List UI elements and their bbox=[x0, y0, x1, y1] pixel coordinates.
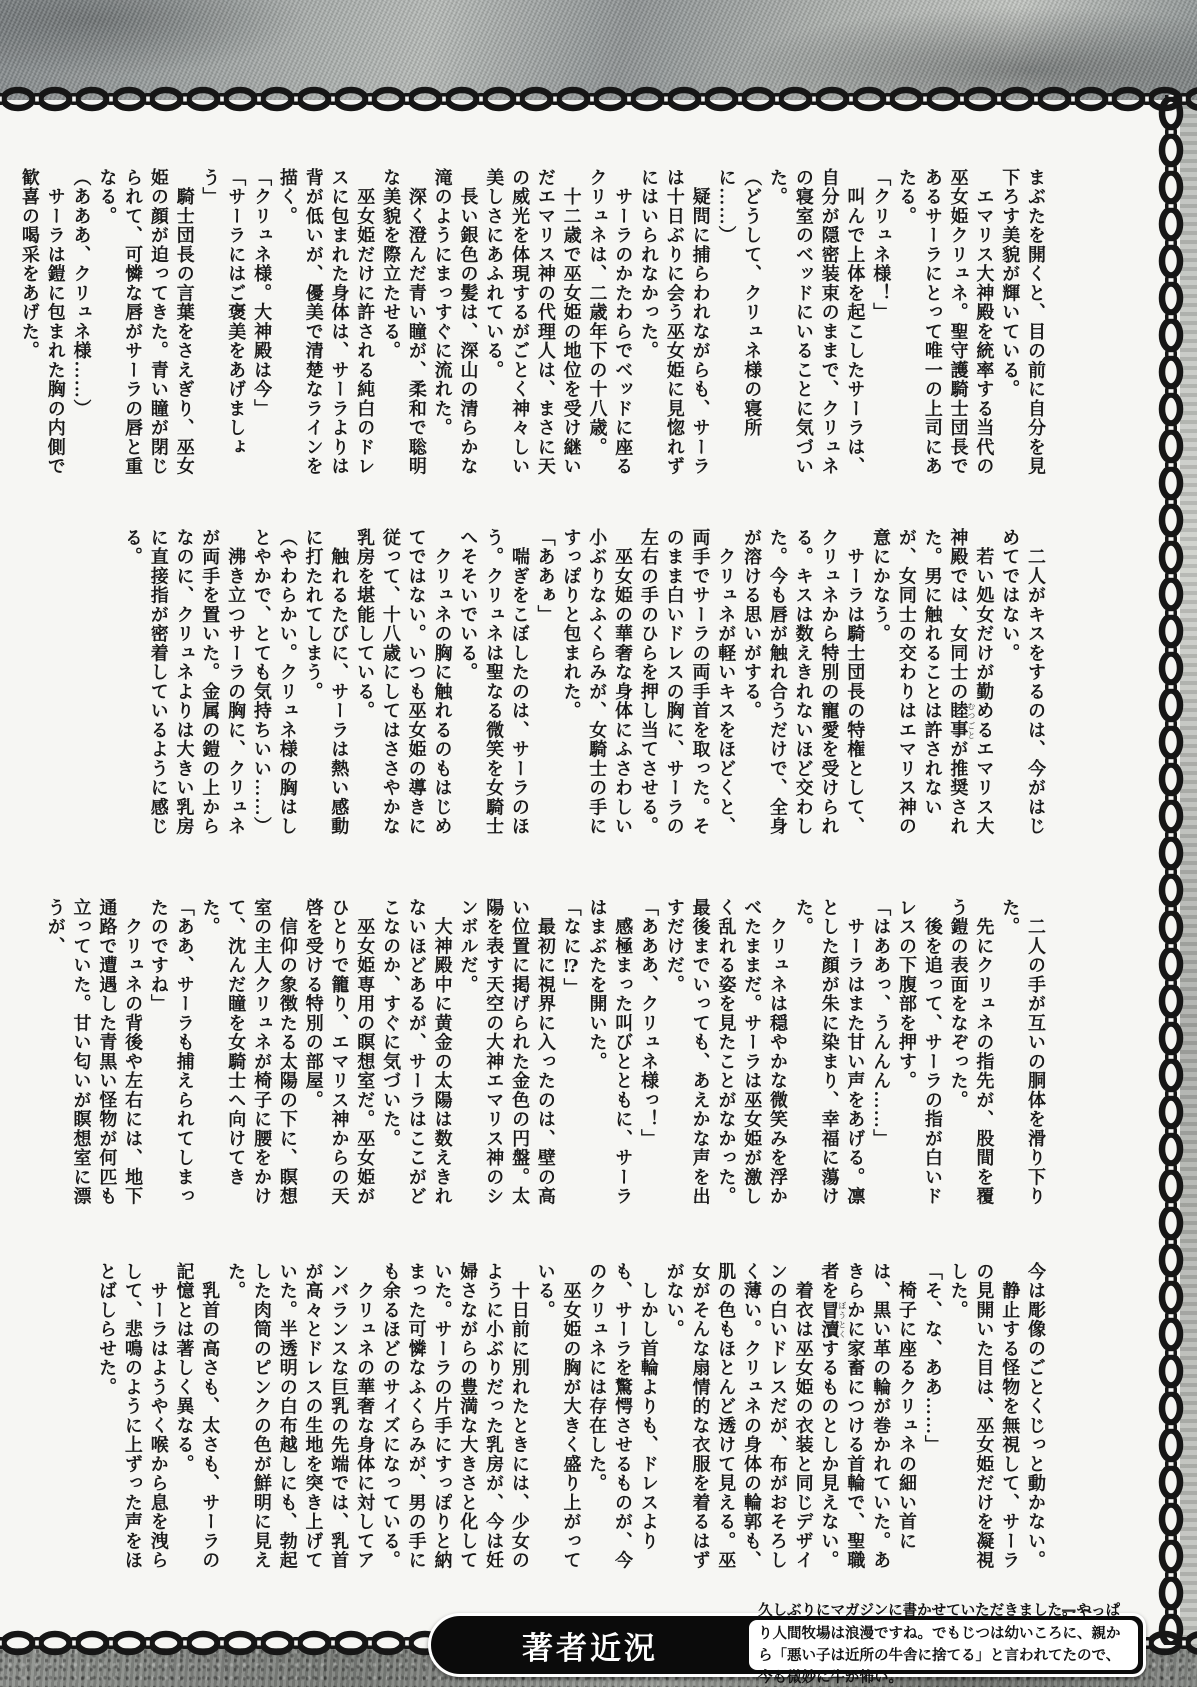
text-band-3: 二人の手が互いの胴体を滑り下りた。 先にクリュネの指先が、股間を覆う鎧の表面をな… bbox=[138, 898, 1048, 1208]
paragraph: 触れるたびに、サーラは熱い感動に打たれてしまう。 bbox=[300, 528, 352, 838]
paragraph: 「クリュネ様。大神殿は今」 bbox=[248, 168, 274, 478]
paragraph: 長い銀色の髪は、深山の清らかな滝のようにまっすぐに流れた。 bbox=[429, 168, 481, 478]
text-band-2: 二人がキスをするのは、今がはじめてではない。 若い処女だけが勤めるエマリス大神殿… bbox=[138, 528, 1048, 838]
paragraph: （どうして、クリュネ様の寝所に……） bbox=[713, 168, 765, 478]
paragraph: 着衣は巫女姫の衣装と同じデザインの白いドレスだが、布がおそろしく薄い。クリュネの… bbox=[661, 1262, 816, 1572]
paragraph: 巫女姫の華奢な身体にふさわしい小ぶりなふくらみが、女騎士の手にすっぽりと包まれた… bbox=[558, 528, 635, 838]
magazine-page: まぶたを開くと、目の前に自分を見下ろす美貌が輝いている。 エマリス大神殿を統率す… bbox=[0, 0, 1197, 1687]
paragraph: しかし首輪よりも、ドレスよりも、サーラを驚愕させるものが、今のクリュネには存在し… bbox=[583, 1262, 660, 1572]
paragraph: 信仰の象徴たる太陽の下に、瞑想室の主人クリュネが椅子に腰をかけて、沈んだ瞳を女騎… bbox=[197, 898, 300, 1208]
paragraph: 喘ぎをこぼしたのは、サーラのほう。クリュネは聖なる微笑を女騎士へそそいでいる。 bbox=[454, 528, 531, 838]
paragraph: （あああ、クリュネ様……） bbox=[68, 168, 94, 478]
author-note-text: 久しぶりにマガジンに書かせていただきました。やっぱり人間牧場は浪漫ですね。でもじ… bbox=[758, 1600, 1129, 1687]
paragraph: 「はああっ、うんんん……」 bbox=[867, 898, 893, 1208]
paragraph: 騎士団長の言葉をさえぎり、巫女姫の顔が迫ってきた。青い瞳が閉じられて、可憐な唇が… bbox=[94, 168, 197, 478]
author-note-capsule: 著者近況 久しぶりにマガジンに書かせていただきました。やっぱり人間牧場は浪漫です… bbox=[428, 1613, 1146, 1677]
paragraph: サーラはまた甘い声をあげる。凛とした顔が朱に染まり、幸福に蕩けた。 bbox=[790, 898, 867, 1208]
paragraph: 「サーラにはご褒美をあげましょう」 bbox=[197, 168, 249, 478]
paragraph: 二人の手が互いの胴体を滑り下りた。 bbox=[996, 898, 1048, 1208]
paragraph: サーラは騎士団長の特権として、クリュネから特別の寵愛を受けられる。キスは数えきれ… bbox=[738, 528, 867, 838]
paragraph: 椅子に座るクリュネの細い首には、黒い革の輪が巻かれていた。あきらかに家畜につける… bbox=[816, 1262, 919, 1572]
paragraph: 巫女姫の胸が大きく盛り上がっている。 bbox=[532, 1262, 584, 1572]
paragraph: 乳首の高さも、太さも、サーラの記憶とは著しく異なる。 bbox=[171, 1262, 223, 1572]
text-band-1: まぶたを開くと、目の前に自分を見下ろす美貌が輝いている。 エマリス大神殿を統率す… bbox=[138, 168, 1048, 478]
paragraph: クリュネが軽いキスをほどくと、両手でサーラの両手首を取った。そのまま白いドレスの… bbox=[635, 528, 738, 838]
paragraph: 疑問に捕らわれながらも、サーラは十日ぶりに会う巫女姫に見惚れずにはいられなかった… bbox=[635, 168, 712, 478]
author-note-box: 久しぶりにマガジンに書かせていただきました。やっぱり人間牧場は浪漫ですね。でもじ… bbox=[749, 1620, 1138, 1670]
paragraph: 今は彫像のごとくじっと動かない。 bbox=[1022, 1262, 1048, 1572]
paragraph: 十日前に別れたときには、少女のように小ぶりだった乳房が、今は妊婦さながらの豊満な… bbox=[377, 1262, 532, 1572]
paragraph: 巫女姫だけに許される純白のドレスに包まれた身体は、サーラよりは背が低いが、優美で… bbox=[274, 168, 377, 478]
paragraph: 沸き立つサーラの胸に、クリュネが両手を置いた。金属の鎧の上からなのに、クリュネよ… bbox=[119, 528, 248, 838]
paragraph: 二人がキスをするのは、今がはじめてではない。 bbox=[996, 528, 1048, 838]
paragraph: 最初に視界に入ったのは、壁の高い位置に掲げられた金色の円盤。太陽を表す天空の大神… bbox=[455, 898, 558, 1208]
paragraph: （やわらかい。クリュネ様の胸はしとやかで、とても気持ちいい……） bbox=[248, 528, 300, 838]
paragraph: 「あああ、クリュネ様っ！」 bbox=[635, 898, 661, 1208]
paragraph: 大神殿中に黄金の太陽は数えきれないほどあるが、サーラはここがどこなのか、すぐに気… bbox=[377, 898, 454, 1208]
paragraph: クリュネは穏やかな微笑みを浮かべたままだ。サーラは巫女姫が激しく乱れる姿を見たこ… bbox=[661, 898, 790, 1208]
paragraph: 静止する怪物を無視して、サーラの見開いた目は、巫女姫だけを凝視した。 bbox=[945, 1262, 1022, 1572]
paragraph: まぶたを開くと、目の前に自分を見下ろす美貌が輝いている。 bbox=[996, 168, 1048, 478]
author-note-label: 著者近況 bbox=[431, 1623, 749, 1668]
paragraph: クリュネの胸に触れるのもはじめてではない。いつも巫女姫の導きに従って、十八歳にし… bbox=[351, 528, 454, 838]
paragraph: クリュネの背後や左右には、地下通路で遭遇した青黒い怪物が何匹も立っていた。甘い匂… bbox=[42, 898, 145, 1208]
paragraph: 十二歳で巫女姫の地位を受け継いだエマリス神の代理人は、まさに天の威光を体現するが… bbox=[480, 168, 583, 478]
paragraph: 深く澄んだ青い瞳が、柔和で聡明な美貌を際立たせる。 bbox=[377, 168, 429, 478]
paragraph: クリュネの華奢な身体に対してアンバランスな巨乳の先端では、乳首が高々とドレスの生… bbox=[222, 1262, 377, 1572]
paragraph: エマリス大神殿を統率する当代の巫女姫クリュネ。聖守護騎士団長であるサーラにとって… bbox=[893, 168, 996, 478]
paragraph: サーラはようやく喉から息を洩らして、悲鳴のように上ずった声をほとばしらせた。 bbox=[93, 1262, 170, 1572]
paragraph: 「なに⁉」 bbox=[558, 898, 584, 1208]
text-band-4: 今は彫像のごとくじっと動かない。 静止する怪物を無視して、サーラの見開いた目は、… bbox=[138, 1262, 1048, 1572]
paragraph: 巫女姫専用の瞑想室だ。巫女姫がひとりで籠り、エマリス神からの天啓を受ける特別の部… bbox=[300, 898, 377, 1208]
paragraph: 「ああぁ」 bbox=[532, 528, 558, 838]
paragraph: 後を追って、サーラの指が白いドレスの下腹部を押す。 bbox=[893, 898, 945, 1208]
paragraph: サーラは鎧に包まれた胸の内側で歓喜の喝采をあげた。 bbox=[16, 168, 68, 478]
paragraph: 感極まった叫びとともに、サーラはまぶたを開いた。 bbox=[584, 898, 636, 1208]
paragraph: 「そ、な、ああ……」 bbox=[919, 1262, 945, 1572]
paragraph: 先にクリュネの指先が、股間を覆う鎧の表面をなぞった。 bbox=[945, 898, 997, 1208]
paragraph: 「クリュネ様！」 bbox=[867, 168, 893, 478]
chain-border-top-icon bbox=[0, 86, 1197, 112]
top-grunge-texture bbox=[0, 0, 1197, 100]
paragraph: 「ああ、サーラも捕えられてしまったのですね」 bbox=[145, 898, 197, 1208]
paragraph: 叫んで上体を起こしたサーラは、自分が隠密装束のままで、クリュネの寝室のベッドにい… bbox=[764, 168, 867, 478]
paragraph: 若い処女だけが勤めるエマリス大神殿では、女同士の睦事むつごとが推奨された。男に触… bbox=[867, 528, 996, 838]
chain-border-right-icon bbox=[1158, 95, 1184, 1645]
paragraph: サーラのかたわらでベッドに座るクリュネは、二歳年下の十八歳。 bbox=[584, 168, 636, 478]
